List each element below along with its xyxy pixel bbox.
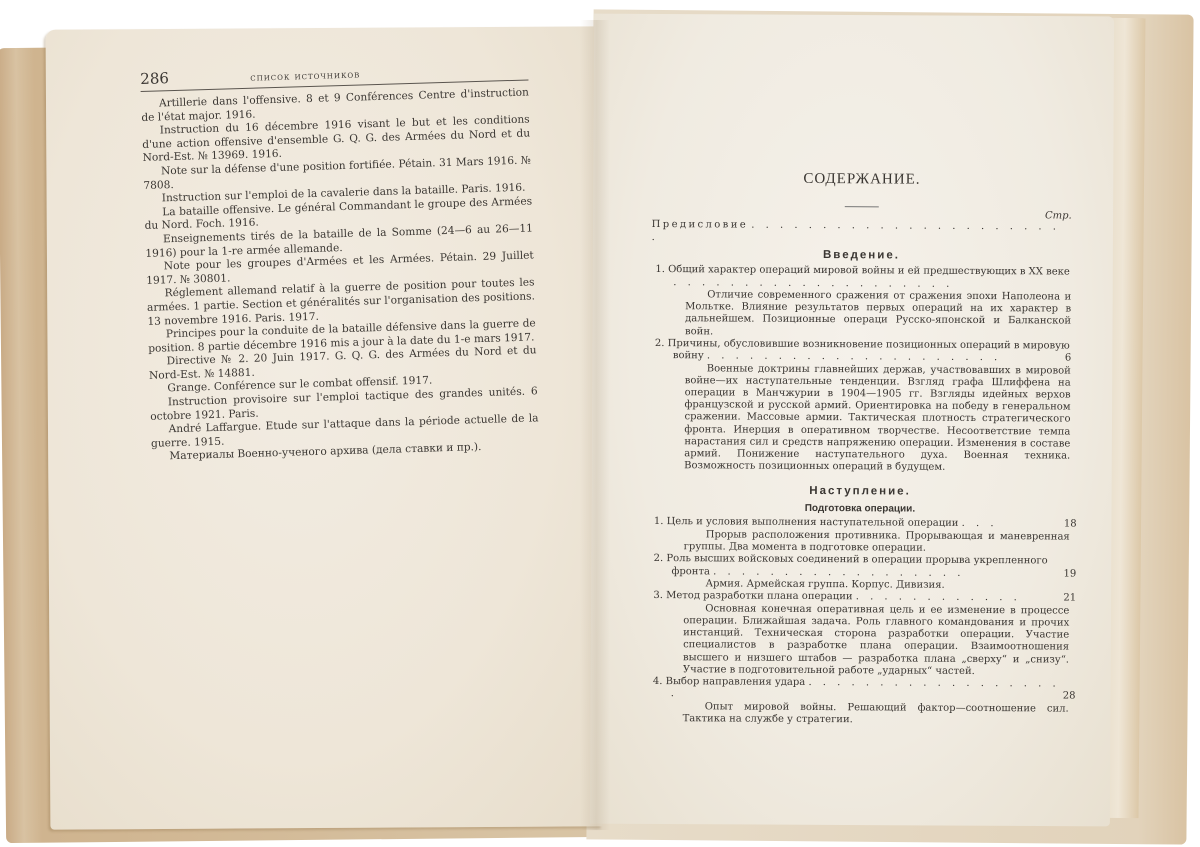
right-page-content: СОДЕРЖАНИЕ. Стр. Предисловие . . . . . .… xyxy=(649,170,1072,728)
toc-entry-title: Общий характер операций мировой войны и … xyxy=(668,264,1070,277)
toc-entry-title: Метод разработки плана операции xyxy=(666,590,852,602)
page-number: 286 xyxy=(140,67,250,88)
toc-entry-title: Выбор направления удара xyxy=(666,676,806,688)
toc-entry: 2. Причины, обусловившие возникновение п… xyxy=(650,338,1071,475)
open-book: 286 СПИСОК ИСТОЧНИКОВ Artillerie dans l'… xyxy=(0,0,1200,847)
section-heading: Наступление. xyxy=(650,484,1070,499)
toc-entry: 4. Выбор направления удара . . . . . . .… xyxy=(649,676,1069,728)
toc-entry-description: Отличие современного сражения от сражени… xyxy=(651,289,1071,340)
toc-entry-description: Опыт мировой войны. Решающий фактор—соот… xyxy=(649,701,1069,728)
toc-entry-title: Цель и условия выполнения наступательной… xyxy=(667,517,959,530)
toc-entry-description: Военные доктрины главнейших держав, учас… xyxy=(650,363,1071,475)
section-heading: Введение. xyxy=(651,248,1071,263)
running-title: СПИСОК ИСТОЧНИКОВ xyxy=(250,69,360,83)
bibliography-list: Artillerie dans l'offensive. 8 et 9 Conf… xyxy=(141,86,540,464)
toc-preface: Предисловие . . . . . . . . . . . . . . … xyxy=(652,219,1072,247)
toc-title: СОДЕРЖАНИЕ. xyxy=(652,170,1072,190)
book-gutter xyxy=(580,20,610,830)
title-rule xyxy=(845,206,879,207)
toc-entry: 3. Метод разработки плана операции . . .… xyxy=(649,590,1070,678)
toc-entry-description: Прорыв расположения противника. Прорываю… xyxy=(650,529,1070,556)
toc-entry: 2. Роль высших войсковых соединений в оп… xyxy=(649,553,1069,593)
left-page-content: 286 СПИСОК ИСТОЧНИКОВ Artillerie dans l'… xyxy=(140,58,540,464)
subsection-heading: Подготовка операции. xyxy=(650,502,1070,516)
toc-entry: 1. Общий характер операций мировой войны… xyxy=(651,264,1071,340)
toc-entry: 1. Цель и условия выполнения наступатель… xyxy=(650,516,1070,555)
toc-entry-description: Основная конечная оперативная цель и ее … xyxy=(649,603,1069,679)
